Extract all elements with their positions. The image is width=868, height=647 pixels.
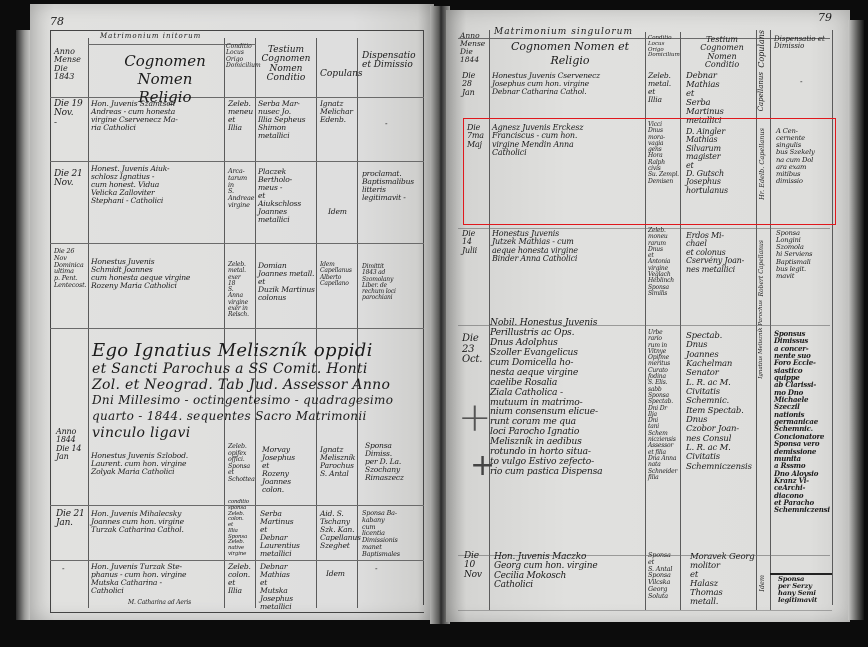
entry-witnesses: Placzek Bertholo- meus - et Aiukschloss … [258,168,316,224]
highlight-box [463,118,836,225]
entry-witnesses: Domian Joannes metall. et Duzik Martinus… [258,262,316,302]
entry-date: Die 21 Jan. [56,510,88,529]
left-header-groom: Cognomen Nomen Religio [110,52,220,106]
left-header-witnesses: Testium Cognomen Nomen Conditio [258,46,314,84]
entry-date: Die 21 Nov. [54,170,88,189]
cross-mark-icon: + [470,448,495,483]
declaration-line-5: quarto - 1844. sequentes Sacro Matrimoni… [92,410,367,423]
right-header-witnesses: Testium Cognomen Nomen Conditio [690,36,754,70]
entry-date: Die 23 Oct. [462,334,488,366]
entry-parties: Hon. Juvenis Maczko Georg cum hon. virgi… [494,553,644,591]
right-header-groom: Cognomen Nomen et Religio [505,40,635,69]
left-header-condition: Conditio Locus Origo Domicilium [226,44,254,69]
entry-copulans: Ignatz Meliszník Parochus S. Antal [320,446,356,478]
entry-condition: Zeleb. colon. et Illia [228,563,255,595]
entry-parties: Honestus Juvenis Cservenecz Josephus cum… [492,72,644,96]
entry-date: - [62,565,88,573]
entry-date: Die 14 Julii [462,230,488,255]
entry-parties: Honest. Juvenis Aiuk- schlosz Ignatius -… [91,165,224,205]
entry-dispensatio: Sponsa Longini Szomola hi Serviens Bapti… [776,230,832,280]
right-page-number: 79 [818,12,832,24]
entry-condition: Urbe rario rum in Vitnye Opifme meritus … [648,330,680,481]
entry-date: Die 10 Nov [464,552,488,580]
left-header-dispensatio: Dispensatio et Dimissio [362,52,422,71]
entry-dispensatio: Sponsa per Serzy hany Semi legitimavit [778,576,832,605]
book-right-edge [848,20,864,620]
entry-condition: Arca- tarum in S. Andreae virgine [228,168,255,209]
entry-condition: Zeleb. meneu et Illia [228,100,255,132]
entry-witnesses: Erdos Mi- chael et colonus Cservény Joan… [686,232,756,274]
entry-witnesses: Morvay Josephus et Rozeny Joannes colon. [262,446,316,494]
entry-dispensatio: - [800,78,820,86]
declaration-line-1: Ego Ignatius Meliszník oppidi [92,342,373,361]
entry-dispensatio: Sponsa Dimiss. per D. La. Szochany Rimas… [365,442,421,482]
entry-parties: Hon. Juvenis Szamtsch Andreas - cum hone… [91,100,224,132]
entry-copulans: Idem [759,575,766,592]
entry-note: M. Catharina ad Aeris [128,600,224,606]
entry-dispensatio: Sponsa Ba- kabany cum licentia Dimission… [362,510,422,558]
declaration-line-3: Zol. et Neograd. Tab Jud. Assessor Anno [92,378,390,393]
entry-parties: Honestus Juvenis Schmidt Joannes cum hon… [91,258,224,290]
entry-dispensatio: Sponsus Dimissus a concer- nente suo For… [774,330,834,514]
left-header-date: Anno Mense Die 1843 [54,48,86,82]
entry-copulans: Ignatz Melichar Edenb. [320,100,356,124]
entry-date: Anno 1844 Die 14 Jan [56,428,88,462]
left-top-title: Matrimonium initorum [100,33,201,40]
entry-witnesses: Debnar Mathias et Mutska Josephus metall… [260,563,316,611]
entry-copulans: Idem [326,570,356,578]
entry-condition: Zeleb. moneu rarum Dnus et Antonia virgi… [648,228,680,297]
entry-parties: Nobil. Honestus Juvenis Perillustris ac … [490,318,646,477]
right-top-title: Matrimonium singulorum [494,28,633,37]
right-header-dispensatio: Dispensatio et Dimissio [774,36,830,51]
entry-date: Die 28 Jan [462,72,488,97]
entry-parties: Honestus Juvenis Jutzek Mathias - cum ae… [492,230,644,264]
entry-condition: Zeleb. metal. exer 18 S. Anna virgine ex… [228,262,255,319]
entry-witnesses: Moravek Georg molitor et Halasz Thomas m… [690,553,756,607]
entry-copulans: Aid. S. Tschany Szk. Kan. Capellanus Sze… [320,510,356,550]
declaration-line-2: et Sancti Parochus a SS Comit. Honti [92,362,368,377]
entry-witnesses: Serba Martinus et Debnar Laurentius meta… [260,510,316,558]
entry-condition: conditio sponsa Zeleb. colon. et Illia S… [228,500,255,558]
entry-parties: Honestus Juvenis Szlobod. Laurent. cum h… [91,452,224,476]
entry-condition: Zeleb. metal. et Illia [648,72,680,104]
right-header-condition: Conditio Locus Origo Domicilium [648,36,680,59]
entry-copulans: Robert Capellanus [759,240,765,297]
entry-date: Die 19 Nov. - [54,100,88,128]
declaration-line-4: Dni Millesimo - octingentesimo - quadrag… [92,394,393,407]
entry-parties: Hon. Juvenis Mihalecsky Joannes cum hon.… [91,510,224,534]
right-header-copulans: Copulans [758,30,766,68]
entry-date: Die 26 Nov Dominica ultima p. Pent. Lent… [54,248,88,289]
entry-witnesses: Spectab. Dnus Joannes Kachelman Senator … [686,332,756,472]
entry-dispensatio: - [385,120,421,128]
entry-copulans: Ignatius Meliszník Parochus [759,300,765,379]
entry-condition: Sponsa et S. Antal Sponsa Vilcska Georg … [648,552,680,600]
entry-witnesses: Serba Mar- nusec Jo. Illia Sepheus Shimo… [258,100,316,140]
declaration-line-6: vinculo ligavi [92,426,190,441]
left-header-copulans: Copulans [320,70,356,79]
entry-copulans: Idem [328,208,356,216]
cross-mark-icon: + [458,395,492,441]
left-page-number: 78 [50,16,64,28]
right-copulans-vertical: Capellanus [758,72,765,111]
entry-dispensatio: - [375,565,415,573]
entry-copulans: Idem Capellanus Alberto Capellano [320,262,356,287]
entry-dispensatio: Dimittit 1843 ad Szomolany Liber. de rec… [362,264,422,302]
entry-parties: Hon. Juvenis Turzak Ste- phanus - cum ho… [91,563,224,595]
right-header-date: Anno Mense Die 1844 [460,32,488,64]
entry-condition: Zeleb. opifex offici. Sponsa et Schottea [228,444,255,484]
entry-dispensatio: proclamat. Baptismalibus litteris legiti… [362,170,422,202]
